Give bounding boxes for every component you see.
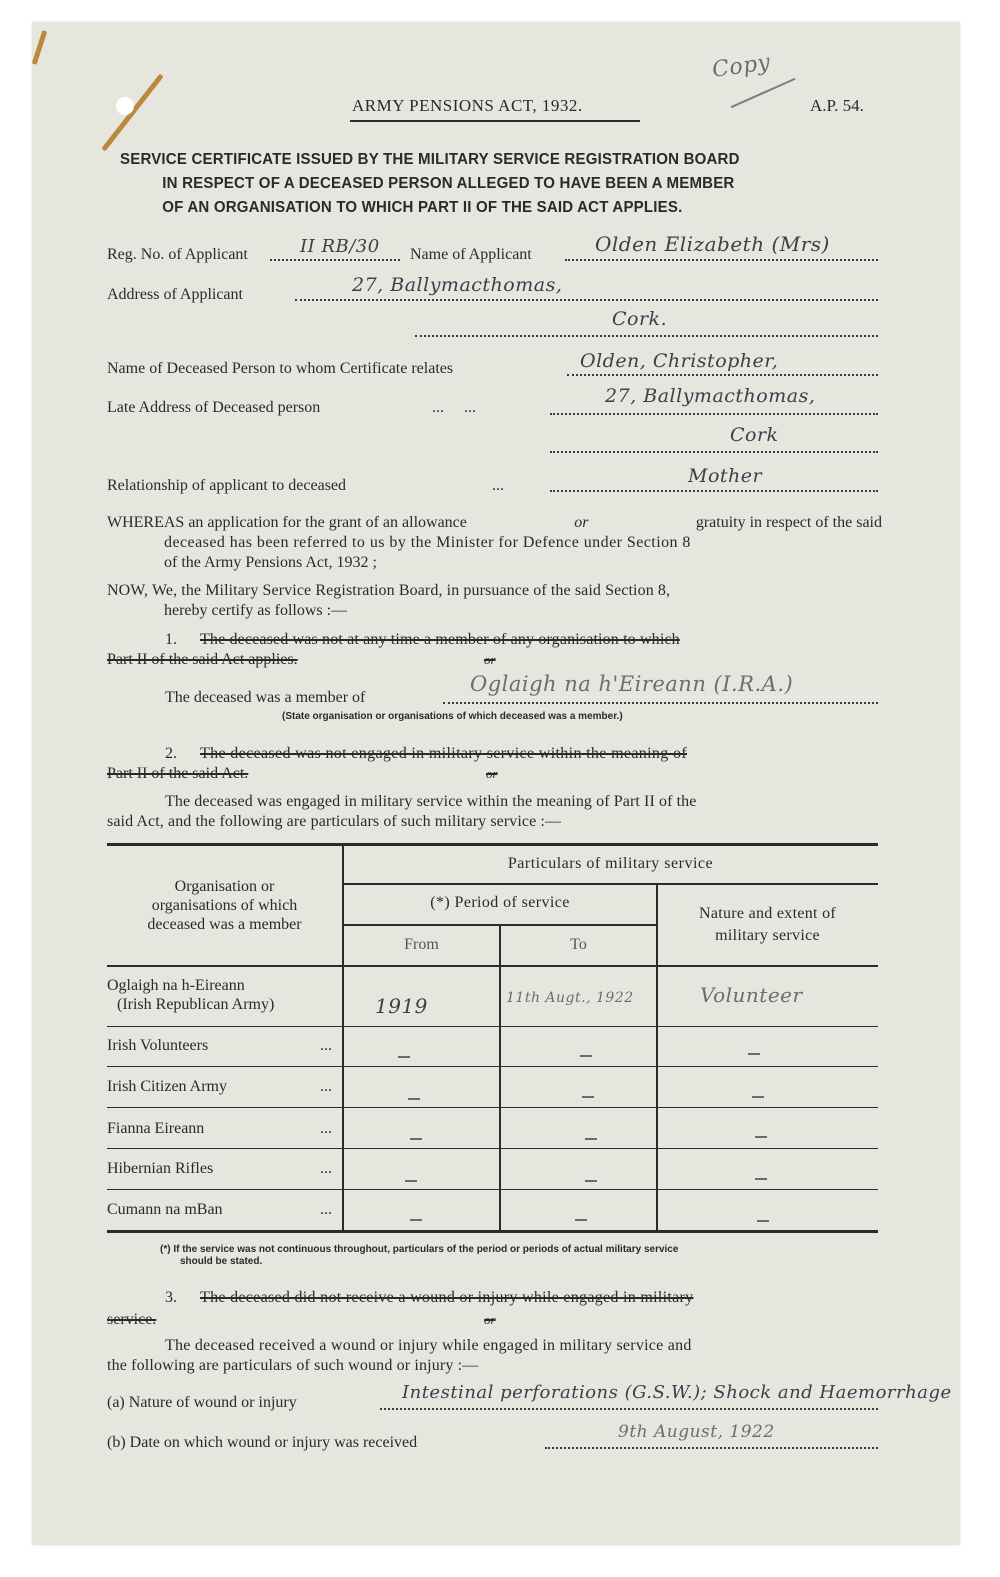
item1-member-field[interactable] [443,702,878,704]
empty-dash [757,1220,769,1222]
deceased-name-value: Olden, Christopher, [580,350,778,372]
deceased-name-field[interactable] [567,374,878,376]
whereas-line: WHEREAS an application for the grant of … [107,513,882,533]
item1-struck-line1: The deceased was not at any time a membe… [200,630,680,650]
table-rule [343,883,878,885]
org-name: Irish Citizen Army [107,1077,227,1097]
item1-member-value: Oglaigh na h'Eireann (I.R.A.) [470,672,793,696]
org-name: Irish Volunteers [107,1036,208,1056]
certificate-title-line: IN RESPECT OF A DECEASED PERSON ALLEGED … [120,172,740,196]
whereas-line: deceased has been referred to us by the … [107,533,882,553]
org-leader: ... [320,1200,332,1220]
row0-to[interactable]: 11th Augt., 1922 [506,988,634,1008]
reg-no-label: Reg. No. of Applicant [107,245,248,265]
org-name: Hibernian Rifles [107,1159,213,1179]
empty-dash [580,1055,592,1057]
item2-or: or [486,764,498,784]
empty-dash [398,1056,410,1058]
empty-dash [585,1138,597,1140]
certificate-title: SERVICE CERTIFICATE ISSUED BY THE MILITA… [120,148,779,220]
empty-dash [755,1178,767,1180]
wound-nature-label: (a) Nature of wound or injury [107,1393,297,1413]
empty-dash [585,1180,597,1182]
punch-hole [116,97,134,115]
now-paragraph: NOW, We, the Military Service Registrati… [107,581,882,621]
header-nature: Nature and extent of military service [657,903,878,947]
wound-date-field[interactable] [545,1447,878,1449]
wound-nature-value: Intestinal perforations (G.S.W.); Shock … [402,1382,952,1403]
org-leader: ... [320,1036,332,1056]
item2-line2: said Act, and the following are particul… [107,812,561,832]
item3-struck-line2: service. [107,1310,156,1330]
reg-no-field[interactable] [270,259,400,261]
deceased-address-label: Late Address of Deceased person [107,398,320,418]
table-row-org: Fianna Eireann... [107,1119,332,1139]
act-title: ARMY PENSIONS ACT, 1932. [352,96,583,116]
header-from: From [343,935,500,955]
footnote-line: should be stated. [160,1256,678,1268]
item2-struck-line2: Part II of the said Act. [107,764,248,784]
form-code: A.P. 54. [810,96,864,116]
item3-number: 3. [165,1288,177,1308]
applicant-address-value1: 27, Ballymacthomas, [352,274,562,296]
item3-line1: The deceased received a wound or injury … [165,1336,692,1356]
table-header-rule [107,965,878,967]
empty-dash [582,1096,594,1098]
table-bottom-rule [107,1230,878,1233]
item1-struck-line2: Part II of the said Act applies. [107,650,298,670]
wound-date-label: (b) Date on which wound or injury was re… [107,1433,417,1453]
table-footnote: (*) If the service was not continuous th… [160,1244,678,1268]
relationship-field[interactable] [550,490,878,492]
wound-date-value: 9th August, 1922 [618,1422,775,1442]
act-title-underline [350,120,640,122]
org-leader: ... [320,1077,332,1097]
reg-no-value: II RB/30 [300,236,380,257]
now-line: hereby certify as follows :— [107,601,882,621]
certificate-title-line: SERVICE CERTIFICATE ISSUED BY THE MILITA… [120,148,740,172]
whereas-paragraph: WHEREAS an application for the grant of … [107,513,882,573]
deceased-address-leader: ... ... [432,398,476,418]
item1-member-hint: (State organisation or organisations of … [282,711,623,722]
item1-or: or [484,650,496,670]
item2-struck-line1: The deceased was not engaged in military… [200,744,687,764]
applicant-address-label: Address of Applicant [107,285,243,305]
applicant-address-line2[interactable] [415,335,878,337]
item3-or: or [484,1310,496,1330]
applicant-address-value2: Cork. [612,308,667,330]
item2-line1: The deceased was engaged in military ser… [165,792,696,812]
empty-dash [410,1138,422,1140]
empty-dash [405,1180,417,1182]
table-row-org: Oglaigh na h-Eireann (Irish Republican A… [107,976,342,1014]
header-period: (*) Period of service [343,893,657,913]
deceased-address-line1[interactable] [550,413,878,415]
relationship-leader: ... [492,476,504,496]
whereas-or: or [574,513,588,533]
whereas-text: gratuity in respect of the said [696,513,882,533]
org-leader: ... [320,1119,332,1139]
row0-from[interactable]: 1919 [375,996,428,1016]
deceased-address-value2: Cork [730,424,779,446]
item2-number: 2. [165,744,177,764]
item1-number: 1. [165,630,177,650]
header-text: Nature and extent of [657,903,878,925]
org-name: (Irish Republican Army) [107,995,342,1014]
table-row-rule [107,1107,878,1108]
empty-dash [575,1219,587,1221]
applicant-address-line1[interactable] [295,299,878,301]
table-row-rule [107,1189,878,1190]
relationship-value: Mother [688,465,762,487]
table-row-org: Irish Citizen Army... [107,1077,332,1097]
empty-dash [410,1219,422,1221]
header-organisation: Organisation or organisations of which d… [107,877,342,934]
header-text: deceased was a member [107,915,342,934]
deceased-name-label: Name of Deceased Person to whom Certific… [107,359,453,379]
org-name: Fianna Eireann [107,1119,204,1139]
table-row-org: Irish Volunteers... [107,1036,332,1056]
empty-dash [752,1096,764,1098]
certificate-title-line: OF AN ORGANISATION TO WHICH PART II OF T… [120,196,740,220]
table-row-org: Cumann na mBan... [107,1200,332,1220]
empty-dash [748,1053,760,1055]
deceased-address-line2[interactable] [550,451,878,453]
table-row-rule [107,1026,878,1027]
item1-member-label: The deceased was a member of [165,688,365,708]
wound-nature-field[interactable] [380,1408,878,1410]
table-row-rule [107,1148,878,1149]
now-line: NOW, We, the Military Service Registrati… [107,581,882,601]
item3-line2: the following are particulars of such wo… [107,1356,478,1376]
table-top-rule [107,843,878,846]
header-to: To [500,935,657,955]
relationship-label: Relationship of applicant to deceased [107,476,346,496]
footnote-line: (*) If the service was not continuous th… [160,1244,678,1256]
whereas-line: of the Army Pensions Act, 1932 ; [107,553,882,573]
table-col-rule [499,925,501,1230]
whereas-text: WHEREAS an application for the grant of … [107,513,467,533]
header-text: Organisation or [107,877,342,896]
org-name: Cumann na mBan [107,1200,223,1220]
applicant-name-field[interactable] [565,259,878,261]
deceased-address-value1: 27, Ballymacthomas, [605,385,815,407]
org-leader: ... [320,1159,332,1179]
applicant-name-label: Name of Applicant [410,245,532,265]
header-text: organisations of which [107,896,342,915]
row0-nature[interactable]: Volunteer [700,985,803,1005]
table-row-org: Hibernian Rifles... [107,1159,332,1179]
header-text: military service [657,925,878,947]
applicant-name-value: Olden Elizabeth (Mrs) [595,232,830,256]
empty-dash [408,1098,420,1100]
org-name: Oglaigh na h-Eireann [107,976,342,995]
empty-dash [755,1136,767,1138]
item3-struck-line1: The deceased did not receive a wound or … [200,1288,693,1308]
table-row-rule [107,1066,878,1067]
header-particulars: Particulars of military service [343,854,878,874]
